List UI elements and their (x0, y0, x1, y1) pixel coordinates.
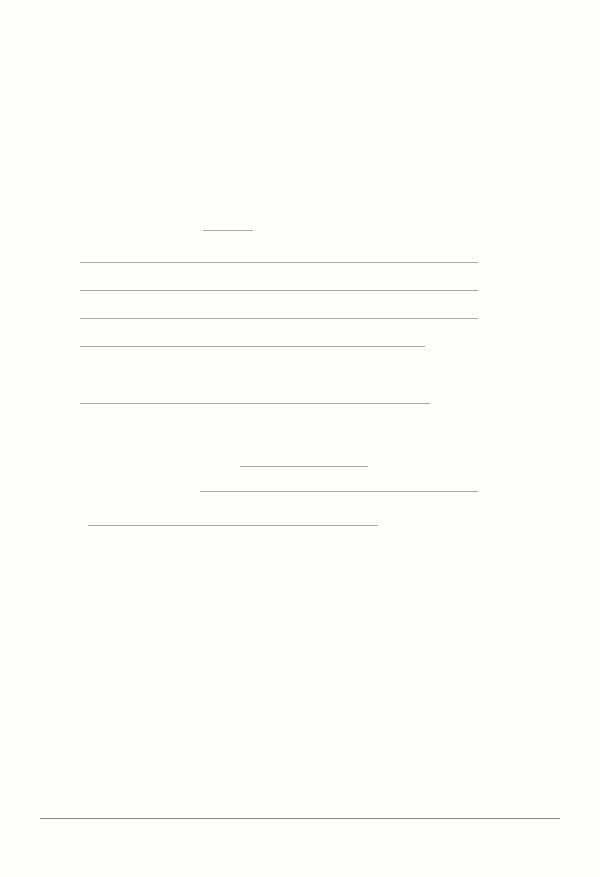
footer-rule (40, 818, 560, 819)
perforation-cancelled (0, 0, 600, 877)
